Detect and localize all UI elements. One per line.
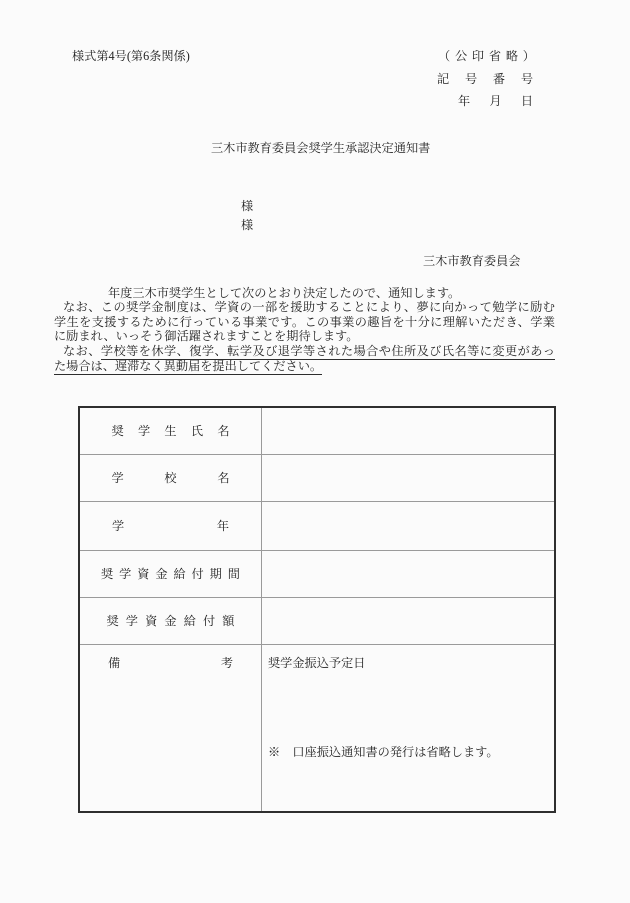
scholarship-details-table: 奨学生氏名 学校名 学年 奨学資金給付期間 奨学資金給付額	[78, 406, 556, 813]
table-row-grant-amount: 奨学資金給付額	[80, 598, 554, 645]
sender-organization: 三木市教育委員会	[423, 254, 521, 269]
body-line-2: なお、この奨学金制度は、学資の一部を援助することにより、夢に向かって勉学に励む	[54, 300, 555, 315]
remarks-transfer-date: 奨学金振込予定日	[268, 656, 546, 671]
reference-number-line: 記号番号	[437, 72, 533, 87]
row-label: 奨学生氏名	[112, 424, 230, 439]
notification-document-page: 様式第4号(第6条関係) （公印省略） 記号番号 年月日 三木市教育委員会奨学生…	[0, 0, 630, 903]
addressee-honorific-1: 様	[241, 199, 253, 214]
document-title: 三木市教育委員会奨学生承認決定通知書	[211, 141, 430, 156]
table-row-remarks: 備考 奨学金振込予定日 ※ 口座振込通知書の発行は省略します。	[80, 645, 554, 811]
row-label: 奨学資金給付期間	[101, 567, 240, 582]
label-cell-remarks: 備考	[80, 645, 262, 811]
body-line-5-underlined: 学校等を休学、復学、転学及び退学等された場合や住所及び氏名等に変更があっ	[101, 344, 555, 360]
body-paragraphs: 年度三木市奨学生として次のとおり決定したので、通知します。 なお、この奨学金制度…	[54, 286, 555, 374]
table-row-grade: 学年	[80, 502, 554, 551]
value-cell-grant-period	[262, 551, 554, 597]
label-cell-grant-amount: 奨学資金給付額	[80, 598, 262, 644]
row-label: 学校名	[112, 471, 230, 486]
seal-omitted-note: （公印省略）	[438, 49, 535, 64]
body-line-5-prefix: なお、	[63, 344, 101, 358]
row-label: 奨学資金給付額	[107, 614, 235, 629]
body-line-6-underlined: た場合は、遅滞なく異動届を提出してください。	[54, 359, 322, 375]
table-row-grant-period: 奨学資金給付期間	[80, 551, 554, 598]
body-line-6: た場合は、遅滞なく異動届を提出してください。	[54, 359, 555, 374]
value-cell-school-name	[262, 455, 554, 501]
form-number: 様式第4号(第6条関係)	[72, 49, 190, 64]
value-cell-remarks: 奨学金振込予定日 ※ 口座振込通知書の発行は省略します。	[262, 645, 554, 811]
body-line-4: に励まれ、いっそう御活躍されますことを期待します。	[54, 329, 555, 344]
label-cell-grant-period: 奨学資金給付期間	[80, 551, 262, 597]
row-label: 学年	[112, 519, 229, 534]
table-row-student-name: 奨学生氏名	[80, 408, 554, 455]
table-row-school-name: 学校名	[80, 455, 554, 502]
addressee-honorific-2: 様	[241, 218, 253, 233]
body-line-3: 学生を支援するために行っている事業です。この事業の趣旨を十分に理解いただき、学業	[54, 315, 555, 330]
remarks-account-note: ※ 口座振込通知書の発行は省略します。	[268, 745, 546, 760]
body-line-1: 年度三木市奨学生として次のとおり決定したので、通知します。	[54, 286, 555, 301]
body-line-5: なお、学校等を休学、復学、転学及び退学等された場合や住所及び氏名等に変更があっ	[54, 344, 555, 359]
label-cell-grade: 学年	[80, 502, 262, 550]
label-cell-school-name: 学校名	[80, 455, 262, 501]
row-label: 備考	[108, 656, 233, 671]
value-cell-student-name	[262, 408, 554, 454]
label-cell-student-name: 奨学生氏名	[80, 408, 262, 454]
date-line: 年月日	[458, 94, 533, 109]
value-cell-grade	[262, 502, 554, 550]
value-cell-grant-amount	[262, 598, 554, 644]
